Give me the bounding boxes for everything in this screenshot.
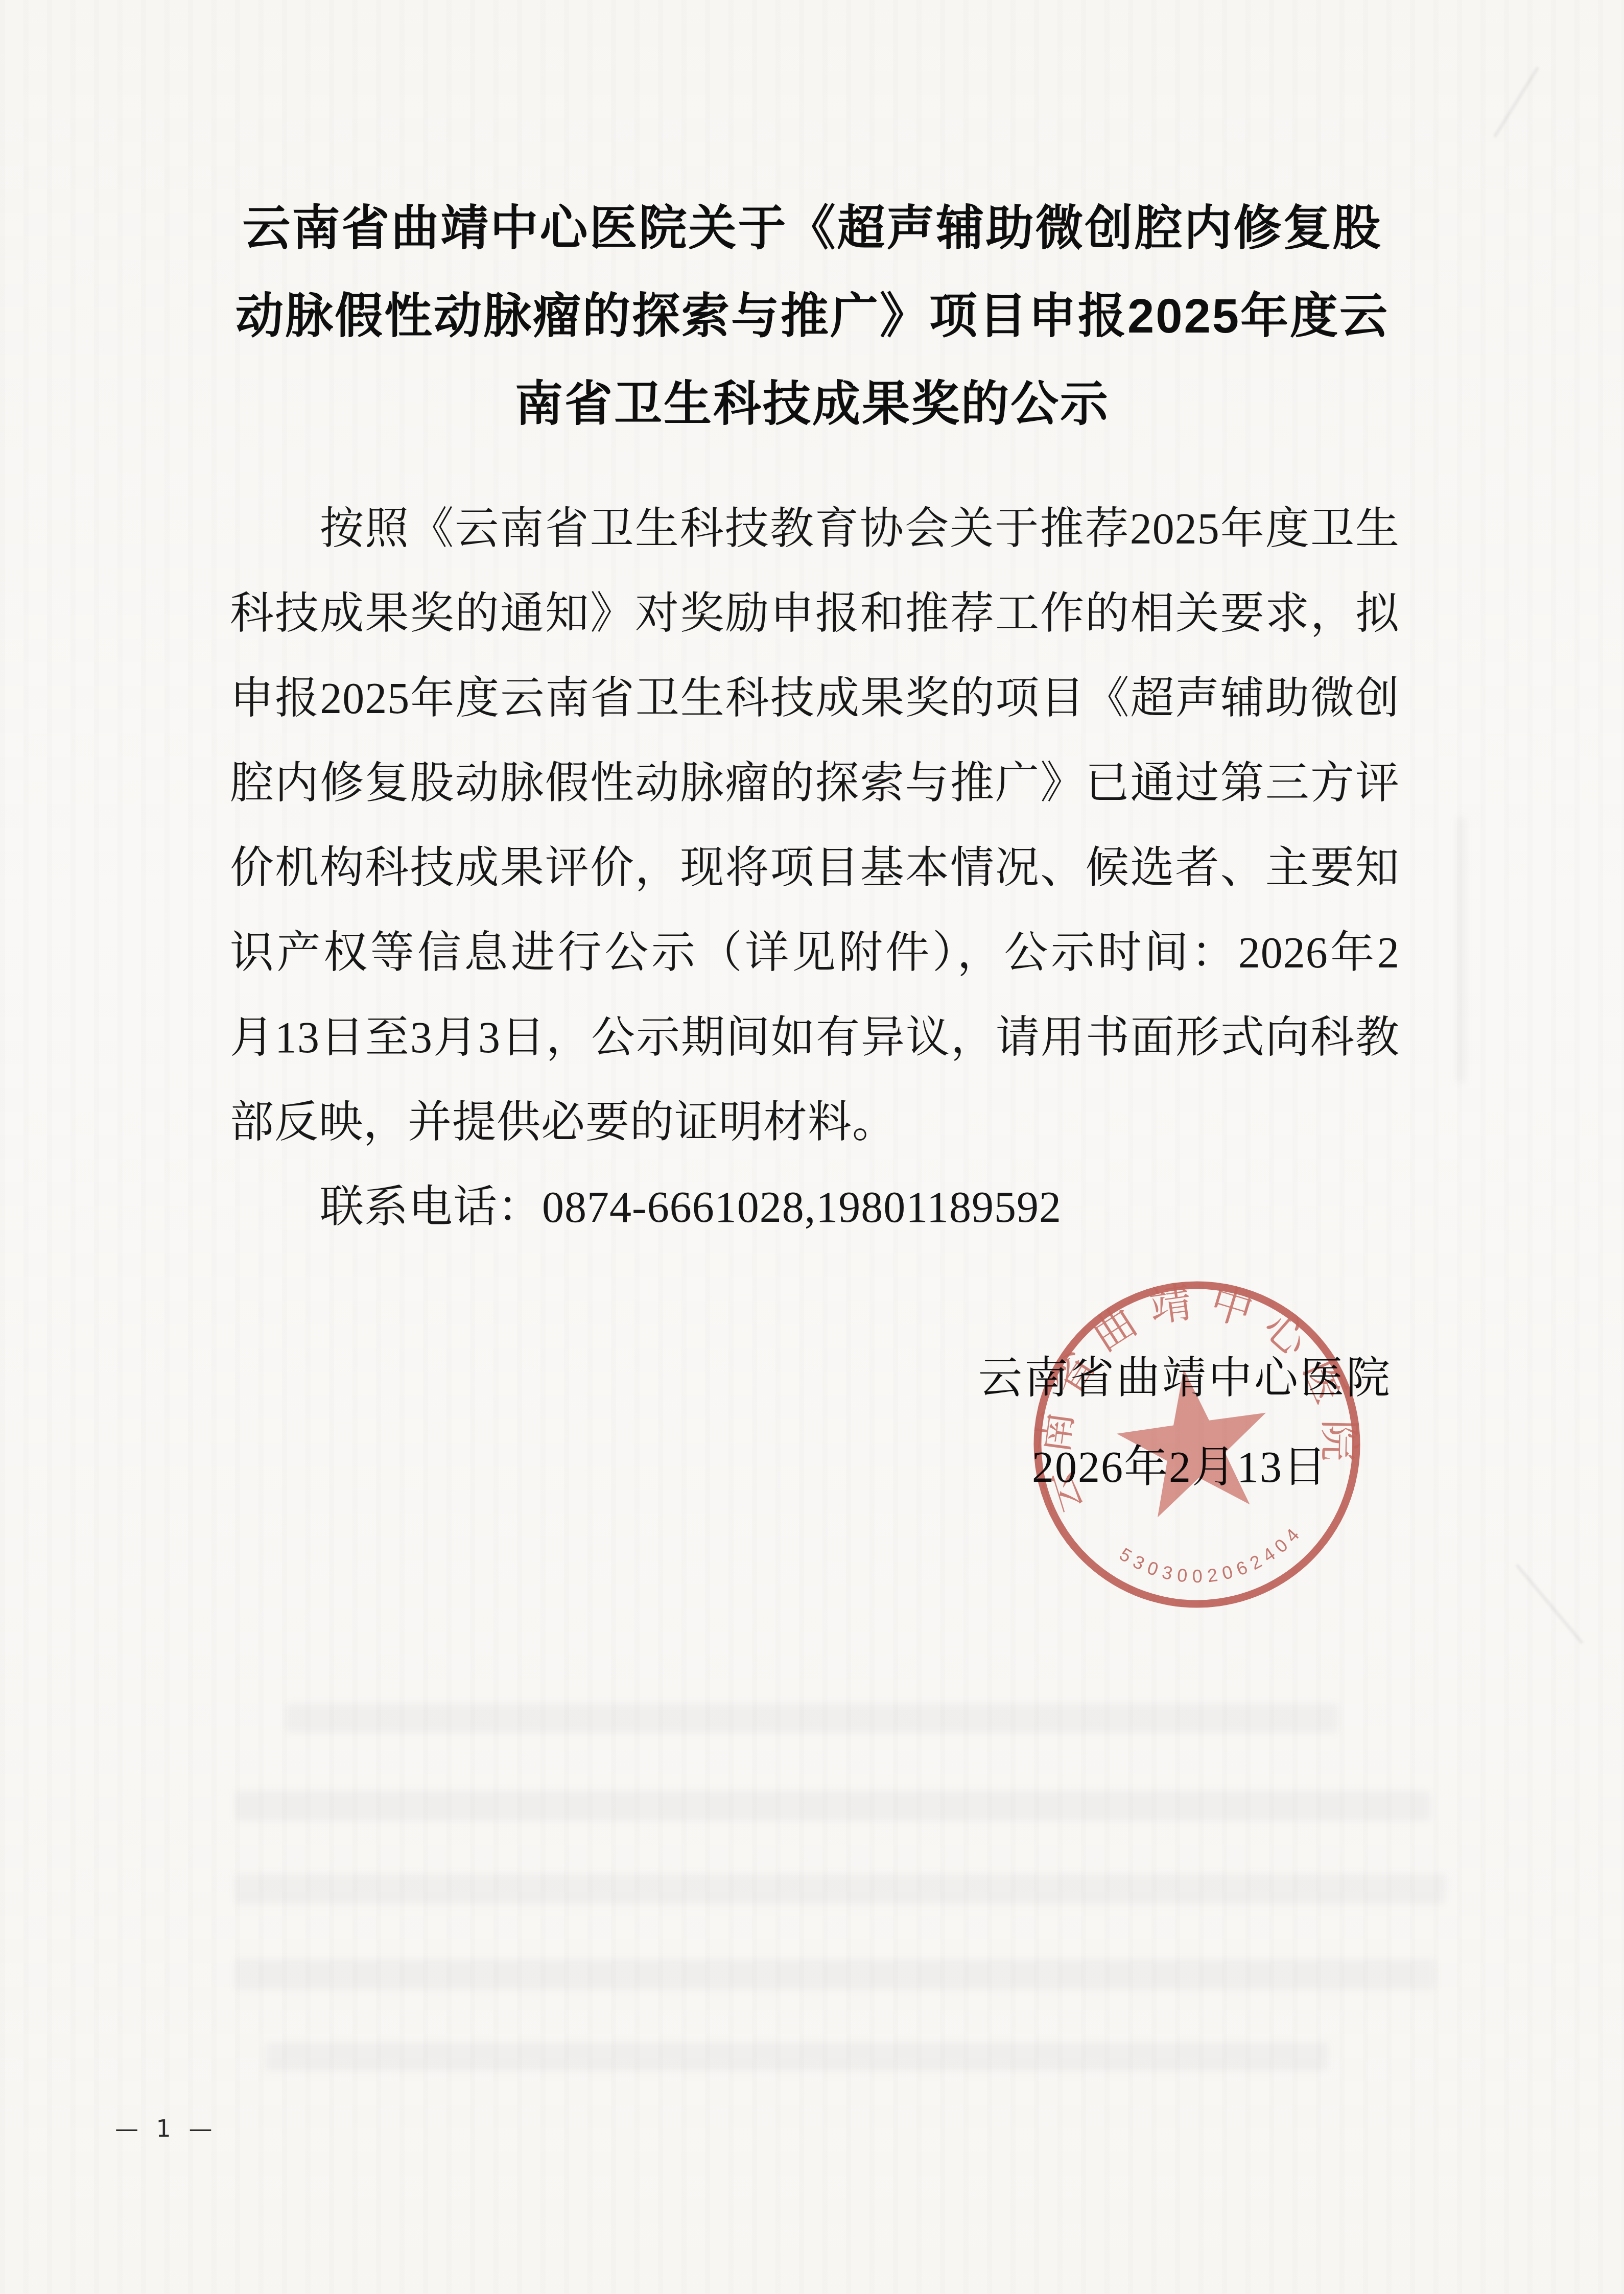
page-number: — 1 — (115, 2115, 218, 2142)
body-line: 识产权等信息进行公示（详见附件），公示时间：2026年2 (230, 910, 1400, 995)
bleedthrough-mark (1456, 817, 1466, 1083)
document-title: 云南省曲靖中心医院关于《超声辅助微创腔内修复股 动脉假性动脉瘤的探索与推广》项目… (123, 184, 1502, 448)
scan-crease-mark (1493, 67, 1539, 138)
bleedthrough-mark (235, 1959, 1435, 1990)
scan-crease-mark (1515, 1564, 1583, 1644)
seal-serial-number: 5303002062404 (1114, 1519, 1312, 1599)
body-line: 按照《云南省卫生科技教育协会关于推荐2025年度卫生 (230, 486, 1400, 571)
bleedthrough-mark (235, 1790, 1430, 1821)
title-line-2: 动脉假性动脉瘤的探索与推广》项目申报2025年度云 (123, 272, 1502, 360)
title-line-3: 南省卫生科技成果奖的公示 (123, 360, 1502, 448)
title-line-1: 云南省曲靖中心医院关于《超声辅助微创腔内修复股 (123, 184, 1502, 272)
seal-star-icon (1109, 1359, 1278, 1522)
body-line: 价机构科技成果评价，现将项目基本情况、候选者、主要知 (230, 825, 1400, 910)
bleedthrough-mark (266, 2042, 1328, 2071)
body-line: 科技成果奖的通知》对奖励申报和推荐工作的相关要求，拟 (230, 571, 1400, 656)
document-page: 云南省曲靖中心医院关于《超声辅助微创腔内修复股 动脉假性动脉瘤的探索与推广》项目… (0, 0, 1624, 2294)
body-line: 部反映，并提供必要的证明材料。 (230, 1080, 1400, 1165)
bleedthrough-mark (235, 1874, 1446, 1904)
official-seal: 云南省曲靖中心医院 5303002062404 (998, 1245, 1396, 1644)
body-line: 腔内修复股动脉假性动脉瘤的探索与推广》已通过第三方评 (230, 741, 1400, 825)
contact-phone-line: 联系电话：0874-6661028,19801189592 (230, 1165, 1400, 1249)
body-paragraph: 按照《云南省卫生科技教育协会关于推荐2025年度卫生 科技成果奖的通知》对奖励申… (230, 486, 1400, 1249)
body-line: 月13日至3月3日，公示期间如有异议，请用书面形式向科教 (230, 995, 1400, 1080)
bleedthrough-mark (286, 1704, 1338, 1733)
body-line: 申报2025年度云南省卫生科技成果奖的项目《超声辅助微创 (230, 656, 1400, 741)
